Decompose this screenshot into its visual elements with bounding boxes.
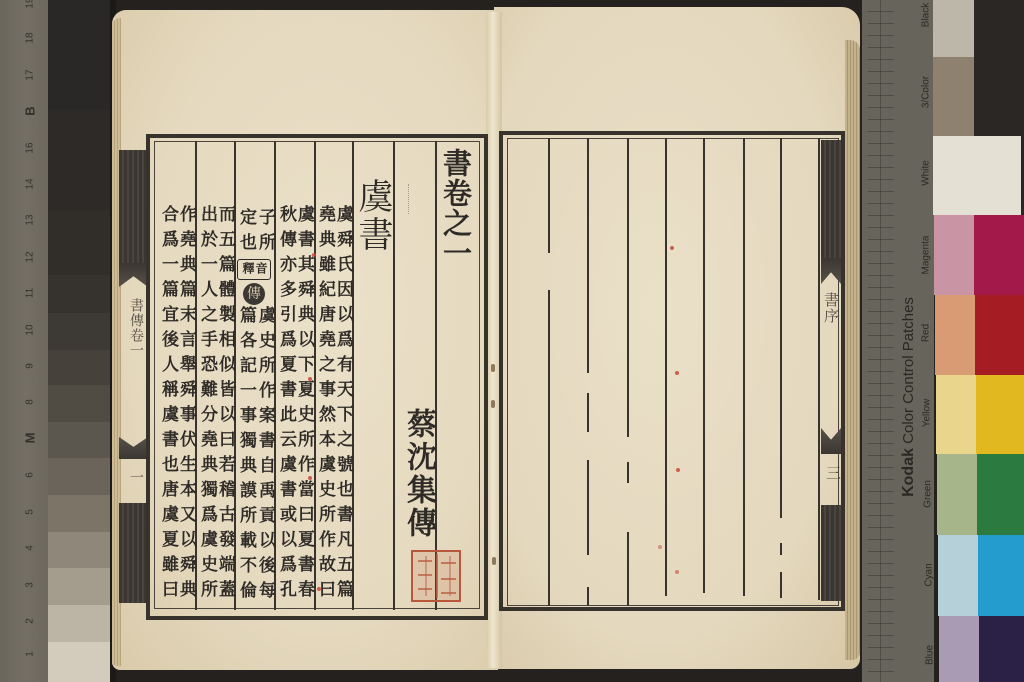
volume-title: 書卷之一	[439, 148, 473, 268]
column-rule	[627, 462, 629, 483]
commentary-line: 子所	[255, 208, 274, 258]
chart-title-text: Color Control Patches	[900, 297, 917, 444]
patch-white	[933, 136, 1021, 215]
column-rule	[587, 460, 589, 555]
red-punctuation-dot	[312, 253, 316, 257]
scale-marker-m: M	[23, 433, 38, 444]
patch-label: Black	[921, 3, 932, 27]
scale-number: 3	[25, 582, 36, 588]
scale-number: 12	[25, 251, 36, 262]
commentary-line: 定也	[236, 208, 255, 258]
gray-patch	[48, 313, 110, 350]
column-rule	[627, 138, 629, 437]
column-rule	[587, 138, 589, 373]
ruler-ticks	[868, 0, 894, 682]
column-rule	[780, 138, 782, 518]
yinshi-box-label: 音釋	[237, 259, 271, 280]
patch-green-solid	[977, 454, 1024, 535]
patch-black-tint	[933, 0, 974, 57]
column-rule	[627, 532, 629, 606]
gray-patch	[48, 210, 110, 275]
book-photograph: 19 18 17 B 16 14 13 12 11 10 9 8 M 6 5 4…	[0, 0, 1024, 682]
column-rule	[665, 138, 667, 596]
patch-magenta-solid	[974, 215, 1024, 295]
patch-label: Yellow	[922, 399, 933, 428]
scale-number: 6	[25, 472, 36, 478]
column-rule	[587, 393, 589, 432]
yinshi-text: 音釋	[241, 262, 267, 276]
red-speck	[676, 468, 680, 472]
patch-yellow-tint	[936, 375, 976, 454]
commentary-line: 出於一人之手恐難分堯典獨爲虞史所	[197, 205, 216, 605]
column-rule	[587, 587, 589, 606]
gray-patch	[48, 385, 110, 422]
patch-blue-tint	[939, 616, 979, 682]
gray-patch	[48, 495, 110, 532]
fold-black-block	[821, 140, 841, 258]
commentary-line: 虞舜氏因以爲有天下之號也書凡五篇	[333, 205, 352, 605]
gray-patch	[48, 275, 110, 313]
scale-number: 14	[25, 178, 36, 189]
commentary-line: 虞書其舜典以下夏史所作當曰夏書春	[294, 205, 313, 605]
patch-cyan-solid	[978, 535, 1024, 616]
gray-patch	[48, 0, 110, 110]
gray-patch	[48, 422, 110, 458]
gray-patch	[48, 642, 110, 682]
patch-yellow-solid	[976, 375, 1024, 454]
brand-name: Kodak	[900, 448, 917, 497]
commentary-line: 虞史所作案書自禹貢以後每	[255, 306, 274, 606]
fold-page-number: 三	[825, 465, 841, 481]
scale-number: 18	[25, 32, 36, 43]
patch-cyan-tint	[938, 535, 978, 616]
commentary-line: 合爲一篇宜後人稱虞書也唐虞夏雖曰	[158, 205, 177, 605]
fold-page-number: 一	[128, 470, 144, 485]
commentary-line: 作堯典篇末言舉舜事伏生本又以舜典	[176, 205, 195, 605]
patch-label: Blue	[925, 645, 936, 665]
column-rule	[780, 543, 782, 555]
patch-label: White	[921, 160, 932, 186]
stitch-notch	[491, 364, 495, 372]
patch-label: Magenta	[921, 236, 932, 275]
scale-marker-b: B	[23, 106, 38, 115]
patch-3color-tint	[933, 57, 974, 136]
red-speck	[675, 570, 679, 574]
red-speck	[670, 246, 674, 250]
scale-number: 9	[25, 363, 36, 369]
stitch-notch	[491, 400, 495, 408]
patch-label: Red	[921, 324, 932, 342]
patch-label: Green	[923, 480, 934, 508]
patch-red-solid	[975, 295, 1024, 375]
red-punctuation-dot	[308, 377, 312, 381]
fold-black-block	[119, 503, 148, 603]
column-rule	[548, 138, 550, 253]
red-speck	[675, 371, 679, 375]
scale-number: 11	[25, 288, 36, 298]
commentary-line: 秋傳亦多引爲夏書此云虞書或以爲孔	[276, 205, 295, 605]
scale-number: 16	[25, 142, 36, 153]
section-title: 虞書	[355, 178, 391, 254]
gray-patch-strip	[48, 0, 110, 682]
fold-label: 書序	[823, 292, 839, 324]
gray-patch	[48, 532, 110, 568]
commentary-line: 篇各記一事獨典謨所載不倫	[236, 306, 255, 606]
patch-label: Cyan	[924, 563, 935, 586]
commentary-line: 堯典雖紀唐堯之事然本虞史所作故曰	[315, 205, 334, 605]
column-rule	[703, 138, 705, 593]
patch-red-tint	[935, 295, 975, 375]
right-page-inner-border	[507, 138, 839, 606]
author-credit: 蔡沈集傳	[401, 408, 435, 540]
scale-number: 19	[25, 0, 36, 9]
scale-number: 4	[25, 545, 36, 551]
fold-black-block	[119, 150, 148, 263]
column-rule	[818, 138, 820, 600]
commentary-line: 而五篇體製相似皆以曰若稽古發端蓋	[215, 205, 234, 605]
red-punctuation-dot	[317, 587, 321, 591]
gray-patch	[48, 350, 110, 385]
column-rule	[780, 572, 782, 598]
red-punctuation-dot	[308, 476, 312, 480]
gray-scale-ruler: 19 18 17 B 16 14 13 12 11 10 9 8 M 6 5 4…	[0, 0, 48, 682]
gray-patch	[48, 605, 110, 642]
scale-number: 13	[25, 214, 36, 225]
scale-number: 2	[25, 618, 36, 624]
scale-number: 17	[25, 69, 36, 80]
scale-number: 10	[25, 324, 36, 335]
gray-patch	[48, 110, 110, 210]
gray-patch	[48, 568, 110, 605]
stitch-notch	[492, 557, 496, 565]
red-speck	[658, 545, 662, 549]
chart-title: Kodak Color Control Patches	[900, 297, 918, 497]
column-rule	[393, 141, 395, 610]
right-page-edge	[845, 40, 860, 660]
patch-blue-solid	[979, 616, 1024, 682]
patch-black-solid	[974, 0, 1024, 136]
column-rule	[548, 290, 550, 606]
small-annotation-mark	[408, 184, 415, 214]
fold-label: 書傳卷一	[128, 298, 144, 358]
scale-number: 1	[25, 651, 36, 657]
patch-label: 3/Color	[921, 76, 932, 108]
patch-magenta-tint	[934, 215, 974, 295]
column-rule	[743, 138, 745, 596]
gray-patch	[48, 458, 110, 495]
patch-green-tint	[937, 454, 977, 535]
ruler-tick-line	[880, 0, 881, 682]
scale-number: 5	[25, 509, 36, 515]
red-collector-seal	[411, 550, 461, 602]
scale-number: 8	[25, 399, 36, 405]
zhuan-circle-mark: 傳	[243, 283, 265, 305]
fold-black-block	[821, 505, 841, 601]
